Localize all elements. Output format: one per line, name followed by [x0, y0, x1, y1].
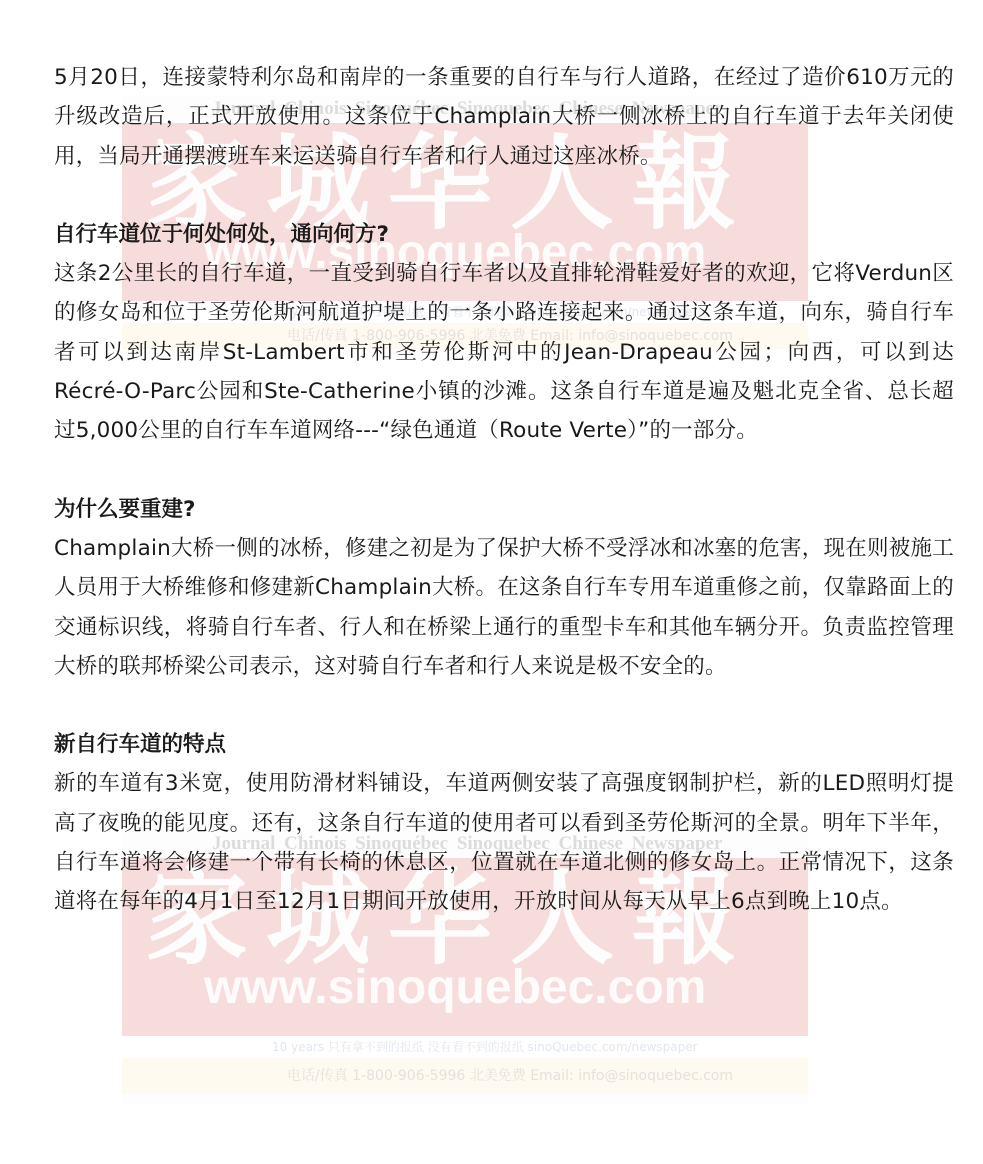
section-heading-location: 自行车道位于何处何处，通向何方?: [54, 215, 954, 254]
watermark-contact-strip: 电话/传真 1-800-906-5996 北美免费 Email: info@si…: [122, 1058, 808, 1094]
section-heading-why-rebuild: 为什么要重建?: [54, 490, 954, 529]
watermark-footer-edge: [122, 1094, 808, 1104]
article-body: 5月20日，连接蒙特利尔岛和南岸的一条重要的自行车与行人道路，在经过了造价610…: [54, 58, 954, 961]
intro-paragraph: 5月20日，连接蒙特利尔岛和南岸的一条重要的自行车与行人道路，在经过了造价610…: [54, 58, 954, 176]
section-heading-features: 新自行车道的特点: [54, 725, 954, 764]
watermark-slogan-strip: 10 years 只有拿不到的报纸 没有看不到的报纸 sinoQuebec.co…: [122, 1036, 808, 1058]
watermark-url: www.sinoquebec.com: [122, 962, 808, 1014]
section-paragraph-features: 新的车道有3米宽，使用防滑材料铺设，车道两侧安装了高强度钢制护栏，新的LED照明…: [54, 764, 954, 921]
section-paragraph-location: 这条2公里长的自行车道，一直受到骑自行车者以及直排轮滑鞋爱好者的欢迎，它将Ver…: [54, 254, 954, 450]
section-paragraph-why-rebuild: Champlain大桥一侧的冰桥，修建之初是为了保护大桥不受浮冰和冰塞的危害，现…: [54, 529, 954, 686]
